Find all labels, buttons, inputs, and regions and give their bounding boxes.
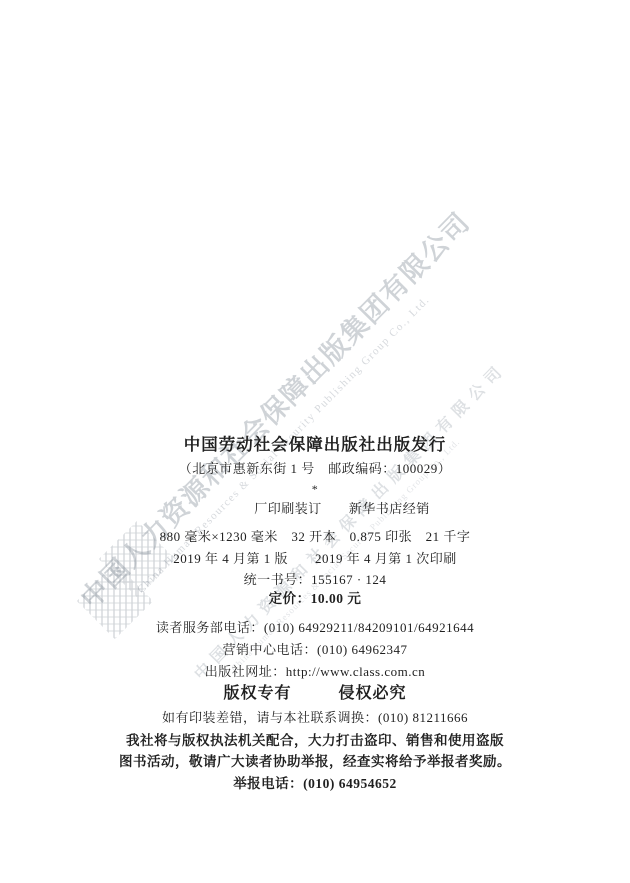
rights-reserved-text: 版权专有 [223, 685, 291, 702]
publisher-imprint-line: 中国劳动社会保障出版社出版发行 [0, 436, 630, 455]
publisher-website-line: 出版社网址：http://www.class.com.cn [0, 665, 630, 680]
publisher-address-line: （北京市惠新东街 1 号 邮政编码：100029） [0, 462, 630, 477]
separator-star: * [0, 483, 630, 497]
book-number-line: 统一书号：155167 · 124 [0, 573, 630, 588]
binding-error-exchange-line: 如有印装差错，请与本社联系调换：(010) 81211666 [0, 711, 630, 726]
price-line: 定价：10.00 元 [0, 591, 630, 607]
reader-service-phone-line: 读者服务部电话：(010) 64929211/84209101/64921644 [0, 621, 630, 636]
watermark-company-name-en: China Human Resources & Social Security … [103, 234, 491, 629]
format-spec-line: 880 毫米×1230 毫米 32 开本 0.875 印张 21 千字 [0, 530, 630, 545]
infringement-warning-text: 侵权必究 [339, 685, 407, 702]
piracy-report-phone-line: 举报电话：(010) 64954652 [0, 776, 630, 792]
printing-distribution-line: 厂印刷装订 新华书店经销 [27, 502, 630, 517]
edition-printing-line: 2019 年 4 月第 1 版 2019 年 4 月第 1 次印刷 [0, 552, 630, 567]
book-colophon-page: 中国人力资源和社会保障出版集团有限公司 China Human Resource… [0, 0, 630, 883]
anti-piracy-statement-line-2: 图书活动，敬请广大读者协助举报，经查实将给予举报者奖励。 [0, 754, 630, 770]
marketing-phone-line: 营销中心电话：(010) 64962347 [0, 643, 630, 658]
anti-piracy-statement-line-1: 我社将与版权执法机关配合，大力打击盗印、销售和使用盗版 [0, 733, 630, 749]
copyright-notice-line: 版权专有 侵权必究 [0, 685, 630, 703]
